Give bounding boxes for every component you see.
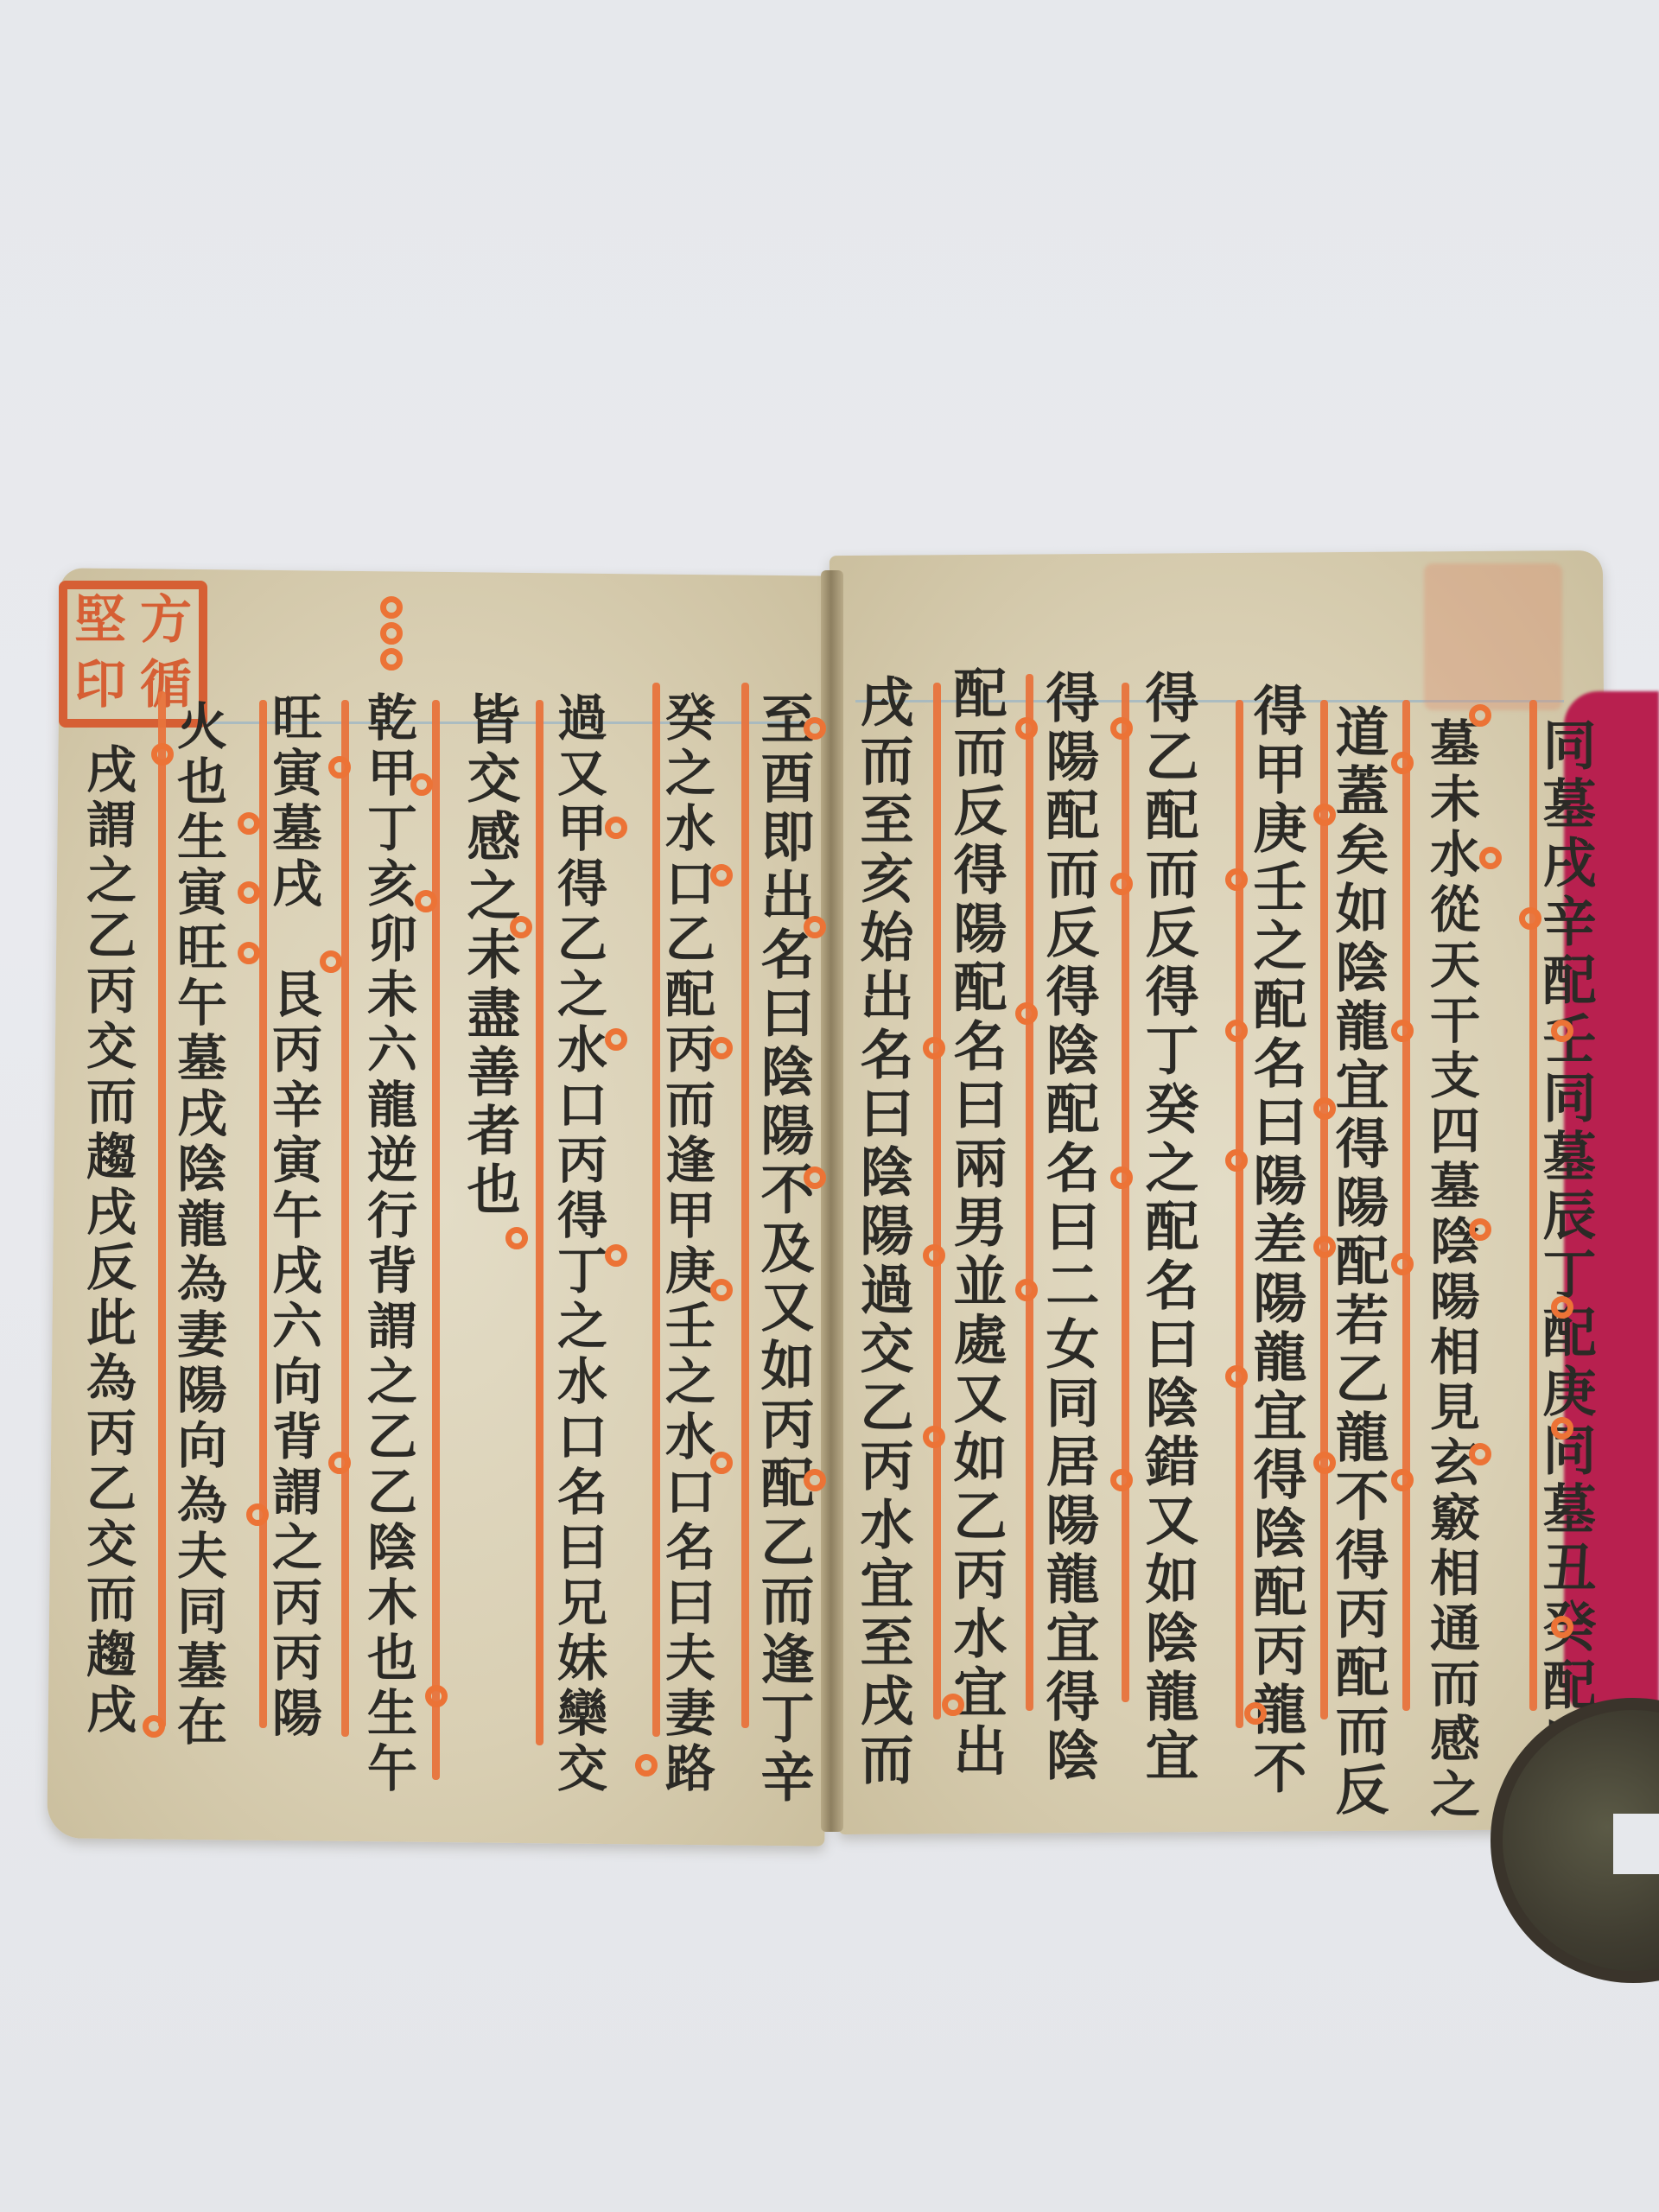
- text-column: 火也生寅旺午墓戌陰龍為妻陽向為夫同墓在: [173, 700, 223, 1751]
- circle-punctuation: [1313, 1452, 1336, 1474]
- circle-punctuation: [710, 1037, 733, 1059]
- circle-punctuation: [804, 916, 826, 938]
- orange-rule: [1402, 700, 1410, 1711]
- circle-punctuation: [1110, 1469, 1133, 1491]
- circle-punctuation: [1391, 1020, 1414, 1042]
- circle-punctuation: [710, 1452, 733, 1474]
- circle-punctuation: [1225, 1365, 1248, 1388]
- manuscript-photo: 堅 方 印 循 同墓戌辛配壬同墓辰丁配庚同墓丑癸配甲同 墓未水從天干支四墓陰陽相…: [0, 0, 1659, 2212]
- text-column: 旺寅墓戌 艮丙辛寅午戌六向背謂之丙丙陽: [268, 691, 318, 1742]
- circle-punctuation: [1313, 1097, 1336, 1120]
- text-column: 至酉即出名曰陰陽不及又如丙配乙而逢丁辛: [756, 691, 810, 1808]
- circle-punctuation: [1244, 1702, 1267, 1725]
- circle-punctuation: [710, 864, 733, 887]
- text-column: 道蓋矣如陰龍宜得陽配若乙龍不得丙配而反: [1331, 704, 1384, 1821]
- text-column: 得甲庚壬之配名曰陽差陽龍宜得陰配丙龍不: [1249, 683, 1302, 1799]
- circle-punctuation: [1551, 1020, 1573, 1042]
- circle-punctuation: [1551, 1296, 1573, 1319]
- circle-punctuation: [1015, 1002, 1038, 1025]
- circle-punctuation: [1225, 868, 1248, 891]
- text-column: 得陽配而反得陰配名曰二女同居陽龍宜得陰: [1041, 670, 1095, 1786]
- orange-rule: [1122, 683, 1129, 1702]
- circle-punctuation: [923, 1244, 945, 1267]
- circle-punctuation: [415, 890, 437, 912]
- circle-punctuation: [1225, 1149, 1248, 1172]
- seal-char: 堅: [67, 589, 133, 654]
- circle-punctuation: [1391, 752, 1414, 774]
- circle-punctuation: [1551, 1417, 1573, 1440]
- circle-punctuation: [710, 1279, 733, 1301]
- circle-punctuation: [1110, 873, 1133, 895]
- circle-punctuation: [143, 1715, 165, 1738]
- circle-punctuation: [605, 1244, 627, 1267]
- circle-punctuation: [238, 812, 260, 835]
- orange-rule: [741, 683, 749, 1728]
- coin-square-hole: [1613, 1814, 1659, 1874]
- text-column: 癸之水口乙配丙而逢甲庚壬之水口名曰夫妻路: [661, 691, 711, 1797]
- circle-punctuation: [1313, 1236, 1336, 1258]
- circle-punctuation: [1110, 1166, 1133, 1189]
- circle-punctuation: [923, 1426, 945, 1448]
- circle-punctuation: [1469, 1443, 1491, 1465]
- circle-punctuation: [328, 1452, 351, 1474]
- text-column: 過又甲得乙之水口丙得丁之水口名曰兄妹欒交: [553, 691, 603, 1797]
- circle-punctuation: [942, 1694, 964, 1716]
- orange-rule: [341, 700, 349, 1737]
- circle-punctuation: [804, 1469, 826, 1491]
- text-column: 戌謂之乙丙交而趨戌反此為丙乙交而趨戌: [82, 743, 132, 1738]
- orange-rule: [1236, 700, 1243, 1728]
- circle-punctuation: [1110, 717, 1133, 740]
- text-column: 同墓戌辛配壬同墓辰丁配庚同墓丑癸配甲同: [1538, 717, 1592, 1834]
- circle-punctuation: [380, 622, 403, 645]
- faded-seal-stamp: [1424, 563, 1562, 710]
- orange-rule: [158, 691, 166, 1728]
- orange-rule: [536, 700, 543, 1745]
- circle-punctuation: [1479, 847, 1502, 869]
- text-column: 戌而至亥始出名曰陰陽過交乙丙水宜至戌而: [855, 674, 909, 1790]
- circle-punctuation: [151, 743, 174, 766]
- circle-punctuation: [320, 950, 342, 973]
- seal-char: 印: [67, 654, 133, 719]
- circle-punctuation: [410, 773, 433, 796]
- circle-punctuation: [1015, 717, 1038, 740]
- circle-punctuation: [246, 1503, 269, 1526]
- circle-punctuation: [605, 1028, 627, 1051]
- circle-punctuation: [1391, 1253, 1414, 1275]
- circle-punctuation: [1015, 1279, 1038, 1301]
- circle-punctuation: [1391, 1469, 1414, 1491]
- circle-punctuation: [635, 1754, 658, 1777]
- circle-punctuation: [1519, 907, 1541, 930]
- circle-punctuation: [1469, 1218, 1491, 1241]
- seal-char: 方: [133, 589, 199, 654]
- book-spine: [821, 570, 843, 1832]
- text-column: 乾甲丁亥卯未六龍逆行背謂之乙乙陰木也生午: [363, 691, 413, 1797]
- circle-punctuation: [510, 916, 532, 938]
- circle-punctuation: [380, 596, 403, 619]
- text-column: 皆交感之未盡善者也: [462, 691, 516, 1220]
- orange-rule: [432, 700, 440, 1780]
- circle-punctuation: [505, 1227, 528, 1249]
- circle-punctuation: [1313, 804, 1336, 826]
- text-column: 墓未水從天干支四墓陰陽相見玄竅相通而感之: [1426, 717, 1476, 1823]
- orange-rule: [933, 683, 941, 1719]
- circle-punctuation: [804, 717, 826, 740]
- circle-punctuation: [425, 1685, 448, 1707]
- circle-punctuation: [238, 942, 260, 964]
- text-column: 得乙配而反得丁癸之配名曰陰錯又如陰龍宜: [1141, 670, 1194, 1786]
- circle-punctuation: [1469, 704, 1491, 727]
- circle-punctuation: [1551, 1616, 1573, 1638]
- text-column: 配而反得陽配名曰兩男並處又如乙丙水宜出: [949, 665, 1002, 1782]
- orange-rule: [1026, 674, 1033, 1711]
- circle-punctuation: [238, 881, 260, 904]
- circle-punctuation: [605, 817, 627, 839]
- circle-punctuation: [923, 1037, 945, 1059]
- circle-punctuation: [328, 756, 351, 779]
- circle-punctuation: [380, 648, 403, 671]
- circle-punctuation: [1225, 1020, 1248, 1042]
- circle-punctuation: [804, 1166, 826, 1189]
